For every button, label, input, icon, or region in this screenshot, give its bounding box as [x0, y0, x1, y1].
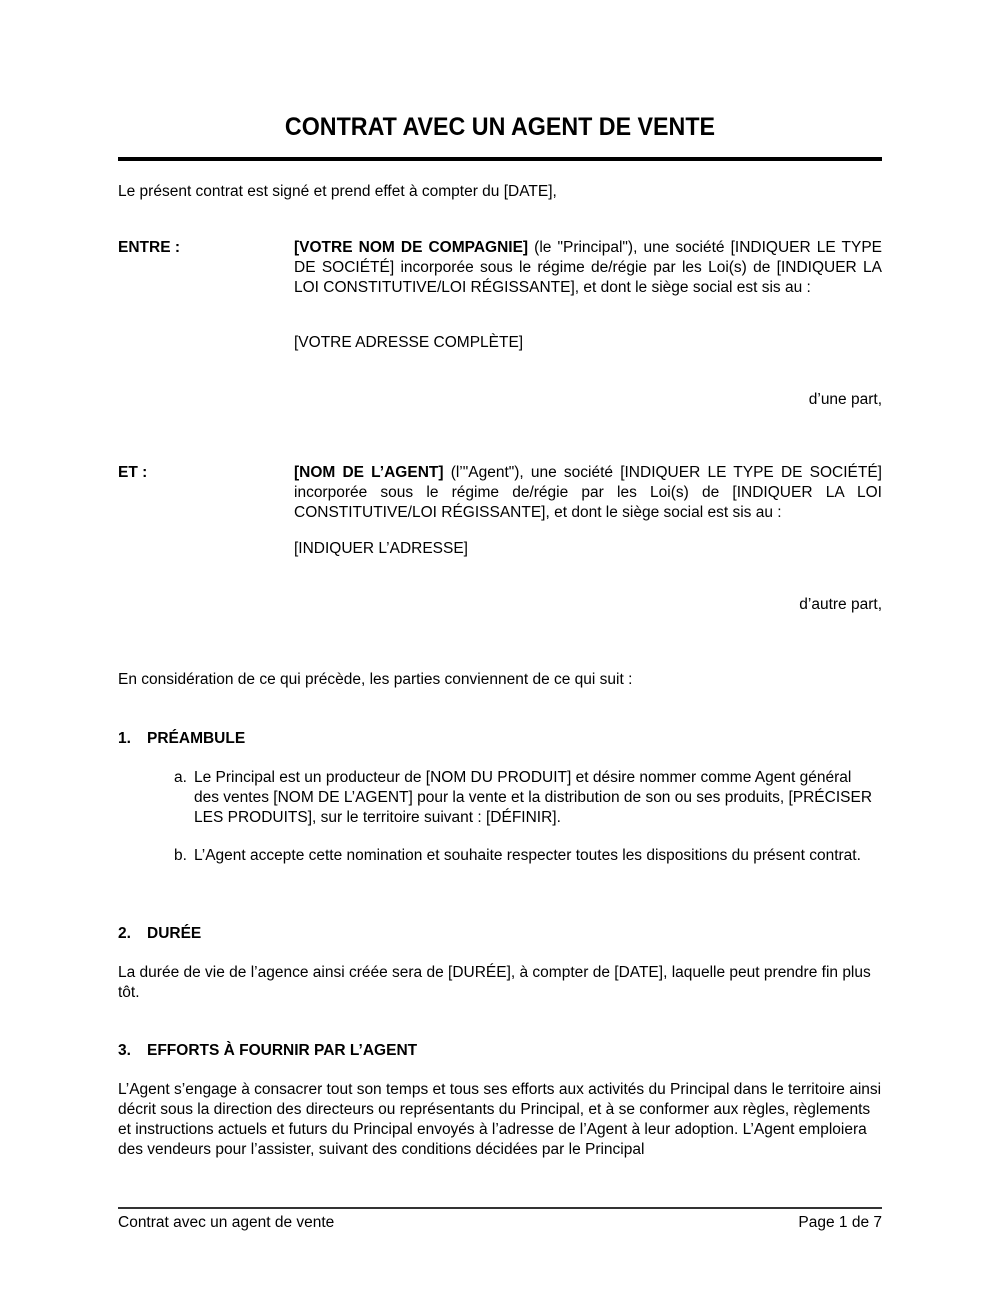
list-item-text: Le Principal est un producteur de [NOM D…: [194, 768, 874, 828]
footer-divider: [118, 1207, 882, 1209]
list-item-text: L’Agent accepte cette nomination et souh…: [194, 846, 874, 866]
agent-name: [NOM DE L’AGENT]: [294, 464, 444, 481]
section-title: PRÉAMBULE: [147, 730, 245, 747]
list-marker: b.: [174, 846, 187, 866]
closing-autre-part: d’autre part,: [799, 595, 882, 615]
party-description-agent: [NOM DE L’AGENT] (l’"Agent"), une sociét…: [294, 463, 882, 523]
document-title: CONTRAT AVEC UN AGENT DE VENTE: [145, 113, 856, 142]
closing-une-part: d’une part,: [809, 390, 882, 410]
section-heading-efforts: 3.EFFORTS À FOURNIR PAR L’AGENT: [118, 1041, 417, 1061]
party-label-entre: ENTRE :: [118, 238, 180, 258]
party-description-principal: [VOTRE NOM DE COMPAGNIE] (le "Principal"…: [294, 238, 882, 298]
principal-name: [VOTRE NOM DE COMPAGNIE]: [294, 239, 528, 256]
agent-address: [INDIQUER L’ADRESSE]: [294, 539, 468, 559]
principal-address: [VOTRE ADRESSE COMPLÈTE]: [294, 333, 523, 353]
section-heading-preambule: 1.PRÉAMBULE: [118, 729, 245, 749]
section-title: DURÉE: [147, 925, 201, 942]
section-number: 2.: [118, 924, 147, 944]
section-heading-duree: 2.DURÉE: [118, 924, 201, 944]
section-title: EFFORTS À FOURNIR PAR L’AGENT: [147, 1042, 417, 1059]
list-marker: a.: [174, 768, 187, 788]
section-paragraph: La durée de vie de l’agence ainsi créée …: [118, 963, 882, 1003]
footer-page-number: Page 1 de 7: [798, 1213, 882, 1233]
title-underline: [118, 157, 882, 161]
section-number: 1.: [118, 729, 147, 749]
section-paragraph: L’Agent s’engage à consacrer tout son te…: [118, 1080, 884, 1160]
footer-document-name: Contrat avec un agent de vente: [118, 1213, 334, 1233]
section-number: 3.: [118, 1041, 147, 1061]
party-label-et: ET :: [118, 463, 147, 483]
intro-paragraph: Le présent contrat est signé et prend ef…: [118, 182, 557, 202]
consideration-paragraph: En considération de ce qui précède, les …: [118, 670, 632, 690]
